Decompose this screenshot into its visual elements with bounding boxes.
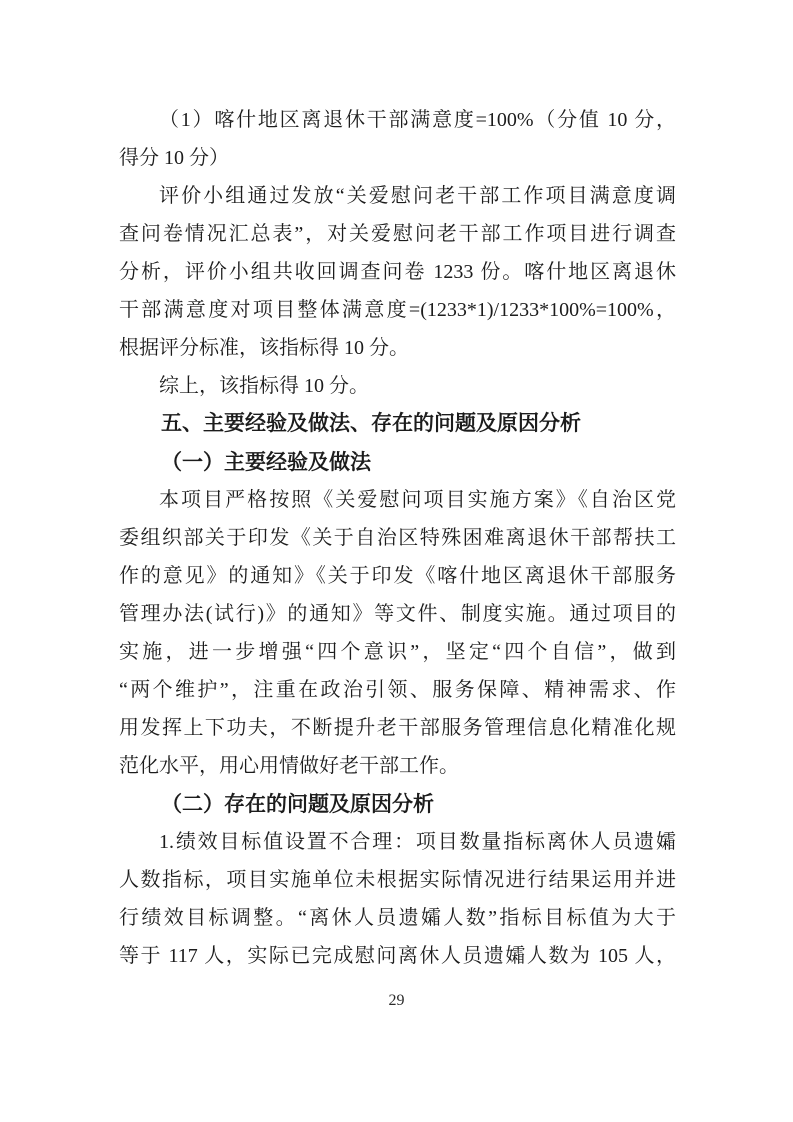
text-line: 范化水平，用心用情做好老干部工作。 <box>119 747 676 785</box>
section-heading: （一）主要经验及做法 <box>119 443 676 481</box>
section-heading: 五、主要经验及做法、存在的问题及原因分析 <box>119 405 676 443</box>
text-line: 得分 10 分） <box>119 139 676 177</box>
text-line: 查问卷情况汇总表”，对关爱慰问老干部工作项目进行调查 <box>119 215 676 253</box>
text-line: 用发挥上下功夫，不断提升老干部服务管理信息化精准化规 <box>119 709 676 747</box>
text-line: （一）主要经验及做法 <box>119 443 676 481</box>
text-line: 作的意见》的通知》《关于印发《喀什地区离退休干部服务 <box>119 557 676 595</box>
text-line: 分析，评价小组共收回调查问卷 1233 份。喀什地区离退休 <box>119 253 676 291</box>
text-line: 五、主要经验及做法、存在的问题及原因分析 <box>119 405 676 443</box>
document-page: （1）喀什地区离退休干部满意度=100%（分值 10 分，得分 10 分）评价小… <box>0 0 793 1122</box>
text-line: 委组织部关于印发《关于自治区特殊困难离退休干部帮扶工 <box>119 519 676 557</box>
text-line: 等于 117 人，实际已完成慰问离休人员遗孀人数为 105 人， <box>119 937 676 975</box>
text-line: “两个维护”，注重在政治引领、服务保障、精神需求、作 <box>119 671 676 709</box>
text-line: （二）存在的问题及原因分析 <box>119 785 676 823</box>
paragraph: 综上，该指标得 10 分。 <box>119 367 676 405</box>
paragraph: 1.绩效目标值设置不合理：项目数量指标离休人员遗孀人数指标，项目实施单位未根据实… <box>119 823 676 975</box>
text-line: （1）喀什地区离退休干部满意度=100%（分值 10 分， <box>119 101 676 139</box>
section-heading: （二）存在的问题及原因分析 <box>119 785 676 823</box>
text-line: 实施，进一步增强“四个意识”，坚定“四个自信”，做到 <box>119 633 676 671</box>
paragraph: （1）喀什地区离退休干部满意度=100%（分值 10 分，得分 10 分） <box>119 101 676 177</box>
text-line: 评价小组通过发放“关爱慰问老干部工作项目满意度调 <box>119 177 676 215</box>
text-line: 综上，该指标得 10 分。 <box>119 367 676 405</box>
page-content: （1）喀什地区离退休干部满意度=100%（分值 10 分，得分 10 分）评价小… <box>119 101 676 975</box>
paragraph: 本项目严格按照《关爱慰问项目实施方案》《自治区党委组织部关于印发《关于自治区特殊… <box>119 481 676 785</box>
text-line: 根据评分标准，该指标得 10 分。 <box>119 329 676 367</box>
paragraph: 评价小组通过发放“关爱慰问老干部工作项目满意度调查问卷情况汇总表”，对关爱慰问老… <box>119 177 676 367</box>
text-line: 干部满意度对项目整体满意度=(1233*1)/1233*100%=100%， <box>119 291 676 329</box>
text-line: 人数指标，项目实施单位未根据实际情况进行结果运用并进 <box>119 861 676 899</box>
text-line: 管理办法(试行)》的通知》等文件、制度实施。通过项目的 <box>119 595 676 633</box>
text-line: 行绩效目标调整。“离休人员遗孀人数”指标目标值为大于 <box>119 899 676 937</box>
text-line: 本项目严格按照《关爱慰问项目实施方案》《自治区党 <box>119 481 676 519</box>
text-line: 1.绩效目标值设置不合理：项目数量指标离休人员遗孀 <box>119 823 676 861</box>
page-number: 29 <box>0 991 793 1011</box>
